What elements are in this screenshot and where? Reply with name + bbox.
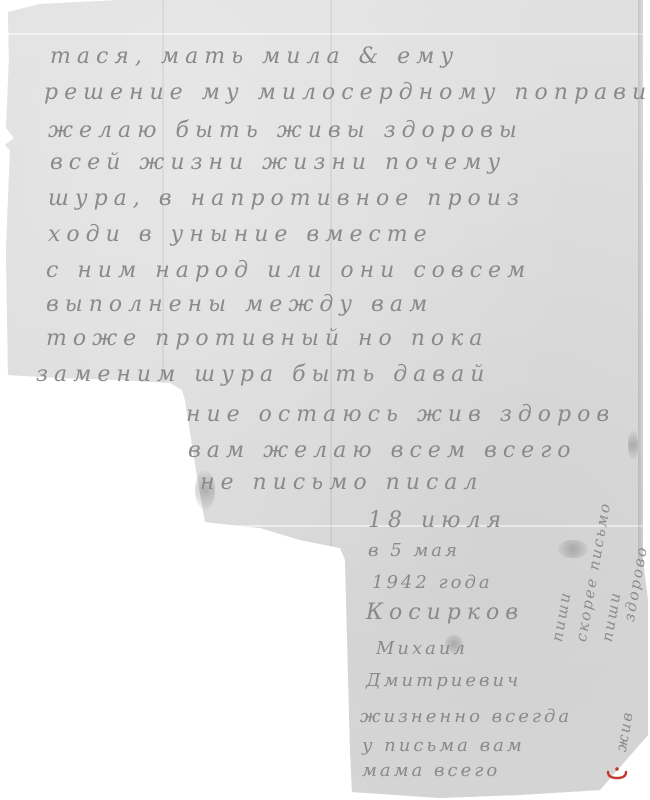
letter-line: шура, в напротивное произ: [48, 186, 525, 211]
letter-line: всей жизни жизни почему: [50, 150, 506, 175]
signature-line: 1942 года: [372, 572, 493, 593]
letter-line: желаю быть живы здоровы: [48, 118, 523, 143]
letter-line: тоже противный но пока: [46, 326, 488, 351]
signature-line: у письма вам: [362, 735, 525, 756]
letter-line: решение му милосердному поправиться.: [44, 80, 650, 105]
letter-line: тася, мать мила & ему: [50, 44, 459, 69]
letter-line: не письмо писал: [200, 470, 483, 495]
signature-name: Михаил: [376, 638, 468, 659]
letter-line: с ним народ или они совсем: [46, 258, 531, 283]
letter-line: ние остаюсь жив здоров: [186, 402, 615, 427]
ink-smudge: [628, 430, 638, 460]
signature-line: жизненно всегда: [360, 706, 572, 727]
paper-fold-line: [0, 33, 650, 35]
signature-patronymic: Дмитриевич: [366, 670, 521, 691]
letter-line: ходи в уныние вместе: [48, 222, 433, 247]
smile-logo-icon: [606, 766, 628, 780]
signature-surname: Косирков: [366, 600, 524, 625]
scanned-letter-page: тася, мать мила & ему решение му милосер…: [0, 0, 650, 800]
ink-smudge: [558, 540, 588, 558]
letter-line: выполнены между вам: [46, 292, 433, 317]
paper-fold-line: [0, 525, 650, 527]
signature-line: мама всего: [362, 760, 500, 781]
letter-line: вам желаю всем всего: [188, 438, 577, 463]
letter-date: 18 июля: [368, 508, 507, 533]
letter-line: заменим шура быть давай: [36, 362, 490, 387]
signature-line: в 5 мая: [368, 540, 460, 561]
